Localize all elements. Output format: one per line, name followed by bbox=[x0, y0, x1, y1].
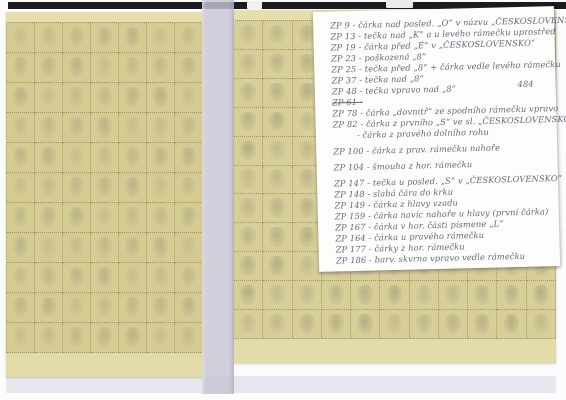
stamp bbox=[263, 79, 292, 108]
stamp bbox=[91, 143, 119, 173]
stamp bbox=[35, 53, 63, 83]
stamp-ghost-image bbox=[240, 285, 256, 305]
stamp-ghost-image bbox=[269, 256, 285, 276]
stamp bbox=[35, 203, 63, 233]
stamp-ghost-image bbox=[445, 285, 461, 305]
stamp bbox=[7, 23, 35, 53]
stamp bbox=[147, 203, 175, 233]
stamp-ghost-image bbox=[416, 314, 432, 334]
stamp bbox=[234, 79, 263, 108]
stamp bbox=[35, 323, 63, 353]
stamp bbox=[234, 194, 263, 223]
stamp bbox=[410, 310, 439, 339]
stamp bbox=[91, 23, 119, 53]
stamp-ghost-image bbox=[269, 83, 285, 103]
stamp bbox=[7, 233, 35, 263]
stamp-ghost-image bbox=[125, 267, 140, 287]
stamp-ghost-image bbox=[125, 87, 140, 107]
stamp bbox=[175, 23, 203, 53]
stamp-ghost-image bbox=[13, 147, 28, 167]
stamp bbox=[468, 310, 497, 339]
stamp-ghost-image bbox=[445, 314, 461, 334]
stamp bbox=[63, 233, 91, 263]
stamp bbox=[147, 53, 175, 83]
stamp-ghost-image bbox=[69, 87, 84, 107]
stamp-ghost-image bbox=[69, 237, 84, 257]
stamp bbox=[91, 113, 119, 143]
stamp bbox=[175, 263, 203, 293]
stamp bbox=[147, 113, 175, 143]
stamp-ghost-image bbox=[474, 314, 490, 334]
note-line: ZP 100 - čárka z prav. rámečku nahoře bbox=[333, 141, 551, 157]
stamp-ghost-image bbox=[97, 147, 112, 167]
stamp bbox=[147, 173, 175, 203]
stamp-ghost-image bbox=[41, 57, 56, 77]
stamp bbox=[119, 113, 147, 143]
stamp bbox=[35, 23, 63, 53]
stamp-ghost-image bbox=[69, 27, 84, 47]
album-bottom-edge bbox=[6, 376, 556, 393]
stamp-ghost-image bbox=[328, 285, 344, 305]
stamp-ghost-image bbox=[181, 57, 196, 77]
stamp bbox=[63, 143, 91, 173]
stamp bbox=[527, 310, 556, 339]
stamp bbox=[263, 194, 292, 223]
stamp-ghost-image bbox=[240, 198, 256, 218]
stamp bbox=[351, 281, 380, 310]
stamp-ghost-image bbox=[181, 117, 196, 137]
stamp bbox=[119, 293, 147, 323]
stamp bbox=[263, 108, 292, 137]
stamp-ghost-image bbox=[153, 117, 168, 137]
stamp-ghost-image bbox=[41, 27, 56, 47]
stamp-ghost-image bbox=[13, 57, 28, 77]
stamp bbox=[234, 166, 263, 195]
stamp-ghost-image bbox=[240, 25, 256, 45]
stamp bbox=[63, 263, 91, 293]
stamp bbox=[119, 323, 147, 353]
stamp-ghost-image bbox=[269, 198, 285, 218]
stamp-ghost-image bbox=[299, 112, 315, 132]
margin-note: 484 bbox=[517, 79, 533, 90]
stamp-ghost-image bbox=[125, 27, 140, 47]
stamp bbox=[91, 233, 119, 263]
sheet-top-margin bbox=[6, 12, 203, 22]
stamp bbox=[234, 137, 263, 166]
stamp-ghost-image bbox=[97, 297, 112, 317]
stamp-ghost-image bbox=[69, 117, 84, 137]
stamp-ghost-image bbox=[41, 117, 56, 137]
stamp-ghost-image bbox=[240, 227, 256, 247]
sheet-bottom-margin bbox=[233, 339, 556, 363]
stamp bbox=[147, 293, 175, 323]
stamp-ghost-image bbox=[269, 169, 285, 189]
stamp-ghost-image bbox=[13, 267, 28, 287]
stamp-ghost-image bbox=[387, 314, 403, 334]
stamp-ghost-image bbox=[125, 57, 140, 77]
stamp bbox=[91, 173, 119, 203]
stamp bbox=[35, 263, 63, 293]
stamp-ghost-image bbox=[41, 177, 56, 197]
stamp-ghost-image bbox=[240, 314, 256, 334]
stamp bbox=[322, 310, 351, 339]
stamp bbox=[91, 323, 119, 353]
stamp bbox=[439, 281, 468, 310]
stamp-ghost-image bbox=[97, 87, 112, 107]
stamp-ghost-image bbox=[97, 327, 112, 347]
stamp bbox=[234, 223, 263, 252]
stamp-ghost-image bbox=[97, 237, 112, 257]
stamp-ghost-image bbox=[69, 147, 84, 167]
stamp bbox=[293, 281, 322, 310]
stamp bbox=[35, 83, 63, 113]
stamp-ghost-image bbox=[69, 177, 84, 197]
stamp bbox=[263, 310, 292, 339]
stamp-ghost-image bbox=[97, 57, 112, 77]
stamp bbox=[263, 21, 292, 50]
stamp bbox=[7, 113, 35, 143]
stamp-ghost-image bbox=[13, 27, 28, 47]
stamp-ghost-image bbox=[240, 83, 256, 103]
stamp-ghost-image bbox=[13, 327, 28, 347]
stamp-ghost-image bbox=[153, 207, 168, 227]
hinge-tab bbox=[386, 0, 413, 8]
note-line-text: - čárka z pravého dolního rohu bbox=[357, 127, 489, 140]
stamp-ghost-image bbox=[269, 112, 285, 132]
stamp bbox=[7, 263, 35, 293]
stamp bbox=[527, 281, 556, 310]
stamp-ghost-image bbox=[153, 267, 168, 287]
stamp bbox=[175, 53, 203, 83]
stamp bbox=[91, 263, 119, 293]
stamp bbox=[7, 83, 35, 113]
stamp-ghost-image bbox=[13, 177, 28, 197]
stamp-ghost-image bbox=[181, 27, 196, 47]
stamp bbox=[497, 281, 526, 310]
note-line-text: ZP 61 - bbox=[332, 97, 363, 108]
stamp bbox=[175, 113, 203, 143]
note-line: ZP 104 - šmouha z hor. rámečku bbox=[334, 157, 552, 173]
note-line-text: ZP 100 - čárka z prav. rámečku nahoře bbox=[333, 142, 500, 156]
stamp bbox=[263, 281, 292, 310]
stamp bbox=[175, 233, 203, 263]
stamp-grid-left bbox=[6, 22, 203, 353]
stamp bbox=[147, 323, 175, 353]
stamp-ghost-image bbox=[181, 267, 196, 287]
stamp bbox=[410, 281, 439, 310]
stamp bbox=[35, 143, 63, 173]
stamp-ghost-image bbox=[153, 177, 168, 197]
stamp bbox=[7, 203, 35, 233]
stamp-ghost-image bbox=[240, 141, 256, 161]
stamp bbox=[7, 323, 35, 353]
stamp-ghost-image bbox=[41, 237, 56, 257]
stamp bbox=[119, 263, 147, 293]
stamp bbox=[35, 173, 63, 203]
stamp-ghost-image bbox=[181, 177, 196, 197]
stamp bbox=[234, 50, 263, 79]
stamp-ghost-image bbox=[299, 285, 315, 305]
stamp-ghost-image bbox=[269, 54, 285, 74]
stamp-ghost-image bbox=[69, 297, 84, 317]
stamp-ghost-image bbox=[240, 54, 256, 74]
stamp-ghost-image bbox=[153, 237, 168, 257]
stamp bbox=[175, 323, 203, 353]
stamp bbox=[7, 53, 35, 83]
stamp-ghost-image bbox=[357, 285, 373, 305]
stamp bbox=[91, 53, 119, 83]
stamp bbox=[497, 310, 526, 339]
stamp bbox=[91, 203, 119, 233]
stamp-ghost-image bbox=[153, 57, 168, 77]
stamp-ghost-image bbox=[269, 314, 285, 334]
stamp-ghost-image bbox=[97, 207, 112, 227]
stamp-ghost-image bbox=[181, 297, 196, 317]
stamp-ghost-image bbox=[299, 198, 315, 218]
stamp-ghost-image bbox=[299, 141, 315, 161]
note-line-text: ZP 104 - šmouha z hor. rámečku bbox=[334, 159, 473, 172]
stamp-ghost-image bbox=[269, 25, 285, 45]
stamp-ghost-image bbox=[269, 227, 285, 247]
stamp-ghost-image bbox=[181, 207, 196, 227]
stamp bbox=[119, 173, 147, 203]
stamp bbox=[234, 21, 263, 50]
stamp-ghost-image bbox=[153, 27, 168, 47]
stamp bbox=[63, 53, 91, 83]
stamp-ghost-image bbox=[97, 117, 112, 137]
hinge-tab bbox=[247, 1, 262, 9]
stamp-ghost-image bbox=[504, 314, 520, 334]
stamp-ghost-image bbox=[153, 147, 168, 167]
note-lines: ZP 9 - čárka nad posled. „O“ v názvu „ČE… bbox=[330, 15, 554, 266]
stamp-ghost-image bbox=[41, 147, 56, 167]
stamp-ghost-image bbox=[533, 314, 549, 334]
stamp-ghost-image bbox=[97, 267, 112, 287]
stamp-ghost-image bbox=[69, 57, 84, 77]
stamp-ghost-image bbox=[41, 87, 56, 107]
stamp bbox=[35, 233, 63, 263]
stamp bbox=[293, 310, 322, 339]
stamp bbox=[351, 310, 380, 339]
stamp-ghost-image bbox=[299, 314, 315, 334]
stamp bbox=[234, 108, 263, 137]
stamp-ghost-image bbox=[125, 177, 140, 197]
stamp bbox=[119, 83, 147, 113]
stamp bbox=[63, 323, 91, 353]
stamp-ghost-image bbox=[269, 141, 285, 161]
stamp-ghost-image bbox=[357, 314, 373, 334]
stamp-ghost-image bbox=[416, 285, 432, 305]
stamp bbox=[147, 83, 175, 113]
stamp bbox=[175, 173, 203, 203]
stamp-ghost-image bbox=[181, 237, 196, 257]
stamp-ghost-image bbox=[97, 177, 112, 197]
stamp-ghost-image bbox=[13, 207, 28, 227]
stamp bbox=[175, 143, 203, 173]
stamp-ghost-image bbox=[299, 54, 315, 74]
note-card: ZP 9 - čárka nad posled. „O“ v názvu „ČE… bbox=[313, 6, 560, 272]
stamp-ghost-image bbox=[41, 297, 56, 317]
stamp-ghost-image bbox=[69, 327, 84, 347]
stamp-ghost-image bbox=[299, 25, 315, 45]
stamp bbox=[234, 281, 263, 310]
stamp bbox=[147, 263, 175, 293]
stamp bbox=[63, 203, 91, 233]
stamp bbox=[263, 223, 292, 252]
stamp-ghost-image bbox=[328, 314, 344, 334]
stamp-ghost-image bbox=[69, 207, 84, 227]
stamp-ghost-image bbox=[13, 117, 28, 137]
stamp-ghost-image bbox=[153, 327, 168, 347]
stamp bbox=[263, 252, 292, 281]
stamp-ghost-image bbox=[387, 285, 403, 305]
stamp-ghost-image bbox=[181, 327, 196, 347]
stamp-ghost-image bbox=[153, 297, 168, 317]
stamp bbox=[234, 252, 263, 281]
stamp-ghost-image bbox=[533, 285, 549, 305]
stamp bbox=[175, 293, 203, 323]
stamp bbox=[7, 143, 35, 173]
photo-scene: ZP 9 - čárka nad posled. „O“ v názvu „ČE… bbox=[0, 0, 566, 400]
sheet-bottom-margin bbox=[6, 353, 203, 377]
stamp bbox=[263, 166, 292, 195]
stamp-ghost-image bbox=[240, 112, 256, 132]
stamp-ghost-image bbox=[240, 256, 256, 276]
stamp bbox=[119, 23, 147, 53]
stamp bbox=[63, 83, 91, 113]
stamp bbox=[380, 310, 409, 339]
stamp-ghost-image bbox=[240, 169, 256, 189]
stamp bbox=[63, 113, 91, 143]
stamp-ghost-image bbox=[41, 207, 56, 227]
stamp-ghost-image bbox=[13, 87, 28, 107]
stamp-ghost-image bbox=[474, 285, 490, 305]
stamp-ghost-image bbox=[299, 169, 315, 189]
stamp-ghost-image bbox=[181, 147, 196, 167]
stamp bbox=[7, 173, 35, 203]
stamp bbox=[35, 113, 63, 143]
stamp bbox=[119, 53, 147, 83]
stamp-ghost-image bbox=[125, 297, 140, 317]
stamp-ghost-image bbox=[69, 267, 84, 287]
stamp bbox=[63, 173, 91, 203]
stamp bbox=[263, 137, 292, 166]
stamp-sheet-left bbox=[6, 12, 203, 377]
stamp bbox=[175, 203, 203, 233]
stamp-ghost-image bbox=[13, 297, 28, 317]
stamp bbox=[322, 281, 351, 310]
stamp-ghost-image bbox=[269, 285, 285, 305]
stamp bbox=[119, 233, 147, 263]
stamp bbox=[119, 203, 147, 233]
stamp bbox=[63, 23, 91, 53]
stamp-ghost-image bbox=[299, 256, 315, 276]
stamp bbox=[468, 281, 497, 310]
stamp-ghost-image bbox=[153, 87, 168, 107]
stamp bbox=[147, 143, 175, 173]
stamp bbox=[439, 310, 468, 339]
film-strip bbox=[202, 0, 234, 394]
stamp-ghost-image bbox=[181, 87, 196, 107]
stamp-ghost-image bbox=[125, 237, 140, 257]
stamp bbox=[293, 252, 322, 281]
stamp bbox=[380, 281, 409, 310]
stamp bbox=[147, 23, 175, 53]
stamp bbox=[35, 293, 63, 323]
stamp bbox=[234, 310, 263, 339]
stamp-ghost-image bbox=[125, 207, 140, 227]
stamp-ghost-image bbox=[41, 267, 56, 287]
stamp bbox=[147, 233, 175, 263]
stamp bbox=[7, 293, 35, 323]
stamp-ghost-image bbox=[299, 83, 315, 103]
stamp-ghost-image bbox=[125, 327, 140, 347]
stamp-ghost-image bbox=[41, 327, 56, 347]
stamp-ghost-image bbox=[13, 237, 28, 257]
stamp-ghost-image bbox=[125, 147, 140, 167]
stamp bbox=[175, 83, 203, 113]
stamp-ghost-image bbox=[504, 285, 520, 305]
stamp bbox=[63, 293, 91, 323]
stamp-ghost-image bbox=[97, 27, 112, 47]
stamp bbox=[91, 293, 119, 323]
stamp bbox=[91, 83, 119, 113]
stamp bbox=[119, 143, 147, 173]
stamp-ghost-image bbox=[125, 117, 140, 137]
stamp bbox=[263, 50, 292, 79]
stamp-ghost-image bbox=[299, 227, 315, 247]
